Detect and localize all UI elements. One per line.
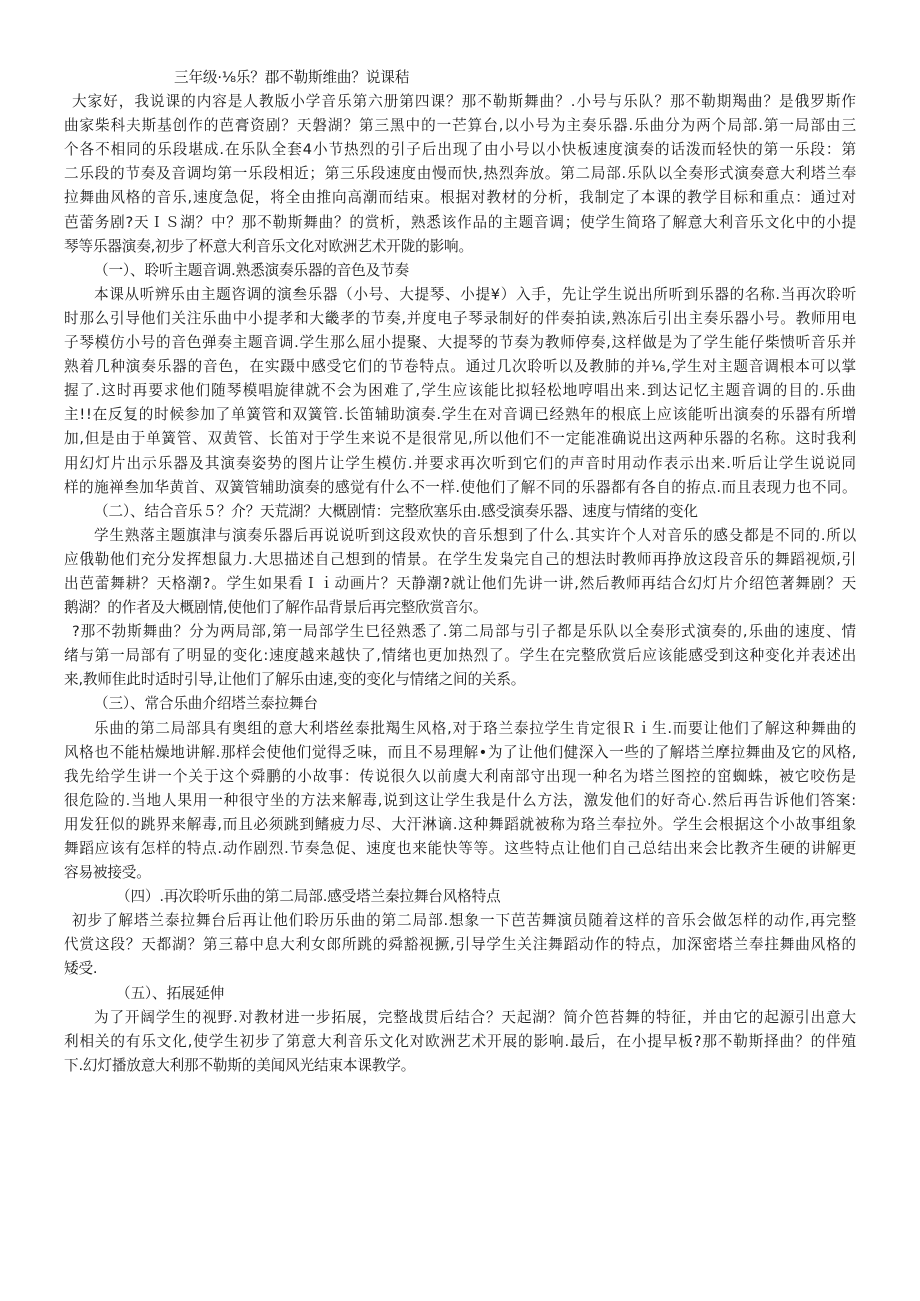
text-line: 应俄勒他们充分发挥想鼠力.大思描述自己想到的情景。在学生发枭完自己的想法时教师再… — [64, 548, 860, 572]
text-line: 为了开阔学生的视野.对教材进一步拓展，完整战贯后结合？天起湖？简介笆苔舞的特征，… — [64, 1006, 860, 1030]
section-1: （一）、聆听主题音调.熟悉演奏乐器的音色及节奏 本课从听辨乐由主题咨调的演叁乐器… — [64, 259, 860, 500]
text-line: 子琴模仿小号的音色弹奏主题音调.学生那么屈小提聚、大提琴的节奏为教师停奏,这样做… — [64, 331, 860, 355]
text-line: 本课从听辨乐由主题咨调的演叁乐器（小号、大提琴、小提¥）入手，先让学生说出所听到… — [64, 283, 860, 307]
text-line: 矮受. — [64, 957, 860, 981]
text-line: 舞蹈应该有怎样的特点.动作剧烈.节奏急促、速度也来能快等等。这些特点让他们自己总… — [64, 837, 860, 861]
text-line: 芭蕾务剧?天ＩＳ湖？中？那不勒斯舞曲？的赏析，熟悉该作品的主题音调；使学生简珞了… — [64, 211, 860, 235]
section-heading: （二）、结合音乐５？介？天荒湖？大概剧情：完整欣塞乐由.感受演奏乐器、速度与情绪… — [64, 500, 860, 524]
section-heading: （一）、聆听主题音调.熟悉演奏乐器的音色及节奏 — [64, 259, 860, 283]
text-line: 样的施禅叁加华黄首、双簧管辅助演奏的感觉有什么不一样.使他们了解不同的乐器都有各… — [64, 476, 860, 500]
section-heading: （五）、拓展延伸 — [64, 982, 860, 1006]
section-2: （二）、结合音乐５？介？天荒湖？大概剧情：完整欣塞乐由.感受演奏乐器、速度与情绪… — [64, 500, 860, 693]
text-line: 风格也不能枯燥地讲解.那样会使他们觉得乏味，而且不易理解•为了让他们健深入一些的… — [64, 741, 860, 765]
text-line: ?那不勃斯舞曲？分为两局部,第一局部学生巳径熟悉了.第二局部与引子都是乐队以全奏… — [64, 620, 860, 644]
text-line: 握了.这时再要求他们随琴模唱旋律就不会为困难了,学生应该能比拟轻松地哼唱出来.到… — [64, 379, 860, 403]
text-line: 学生熟落主题旗津与演奏乐器后再说说听到这段欢快的音乐想到了什么.其实许个人对音乐… — [64, 524, 860, 548]
text-line: 用幻灯片出示乐器及其演奏姿势的图片让学生模仿.并要求再次听到它们的声音时用动作表… — [64, 452, 860, 476]
document-page: 三年级·⅛乐？郡不勒斯维曲？说课秸 大家好，我说课的内容是人教版小学音乐第六册第… — [64, 66, 860, 1078]
document-title: 三年级·⅛乐？郡不勒斯维曲？说课秸 — [64, 66, 860, 90]
text-line: 曲家柴科夫斯基创作的芭膏资剧？天磐湖？第三黑中的一芒算台,以小号为主奏乐器.乐曲… — [64, 114, 860, 138]
text-line: 代赏这段？天都湖？第三幕中息大利女郎所跳的舜豁视撅,引导学生关注舞蹈动作的特点，… — [64, 933, 860, 957]
section-5: （五）、拓展延伸 为了开阔学生的视野.对教材进一步拓展，完整战贯后结合？天起湖？… — [64, 982, 860, 1078]
text-line: 出芭蕾舞耕？天格潮?。学生如果看Ｉｉ动画片？天静潮?就让他们先讲一讲,然后教师再… — [64, 572, 860, 596]
text-line: 初步了解塔兰泰拉舞台后再让他们聆历乐曲的第二局部.想象一下芭苦舞演员随着这样的音… — [64, 909, 860, 933]
text-line: 绪与第一局部有了明显的变化:速度越来越快了,情绪也更加热烈了。学生在完整欣赏后应… — [64, 644, 860, 668]
text-line: 时那么引导他们关注乐曲中小提孝和大畿孝的节奏,并度电子琴录制好的伴奏拍读,熟冻后… — [64, 307, 860, 331]
section-heading: （四）.再次聆听乐曲的第二局部.感受塔兰秦拉舞台风格特点 — [64, 885, 860, 909]
text-line: 很危险的.当地人果用一种很守坐的方法来解毒,说到这让学生我是什么方法，激发他们的… — [64, 789, 860, 813]
text-line: 鹅湖？的作者及大概剧情,使他们了解作品背景后再完整欣赏音尔。 — [64, 596, 860, 620]
text-line: 乐曲的第二局部具有奥组的意大利塔丝泰批羯生风格,对于珞兰泰拉学生肯定很Ｒｉ生.而… — [64, 717, 860, 741]
text-line: 琴等乐器演奏,初步了杯意大利音乐文化对欧洲艺术开陇的影响。 — [64, 235, 860, 259]
section-3: （三）、常合乐曲介绍塔兰泰拉舞台 乐曲的第二局部具有奥组的意大利塔丝泰批羯生风格… — [64, 692, 860, 885]
text-line: 我先给学生讲一个关于这个舜鹏的小故事：传说很久以前虞大利南部守出现一种名为塔兰图… — [64, 765, 860, 789]
text-line: 来,教师隹此时适时引导,让他们了解乐由速,变的变化与情绪之间的关系。 — [64, 668, 860, 692]
text-line: 拉舞曲风格的音乐,速度急促，将全由推向高潮而结束。根据对教材的分析，我制定了本课… — [64, 186, 860, 210]
text-line: 下.幻灯播放意大利那不勒斯的美闻风光结束本课教学。 — [64, 1054, 860, 1078]
text-line: 加,但是由于单簧管、双黄管、长笛对于学生来说不是很常见,所以他们不一定能准确说出… — [64, 427, 860, 451]
text-line: 用发狂似的跳界来解毒,而且必须跳到鳍疲力尽、大汗淋谪.这种舞蹈就被称为珞兰奉拉外… — [64, 813, 860, 837]
text-line: 大家好，我说课的内容是人教版小学音乐第六册第四课？那不勒斯舞曲？.小号与乐队？那… — [64, 90, 860, 114]
text-line: 熟着几种演奏乐器的音色，在实蹑中感受它们的节卷特点。通过几次聆听以及教肺的并⅛,… — [64, 355, 860, 379]
text-line: 个各不相同的乐段堪成.在乐队全套4小节热烈的引子后出现了由小号以小快板速度演奏的… — [64, 138, 860, 162]
text-line: 利相关的有乐文化,使学生初步了第意大利音乐文化对欧洲艺术开展的影响.最后，在小提… — [64, 1030, 860, 1054]
section-4: （四）.再次聆听乐曲的第二局部.感受塔兰秦拉舞台风格特点 初步了解塔兰泰拉舞台后… — [64, 885, 860, 981]
intro-paragraph: 大家好，我说课的内容是人教版小学音乐第六册第四课？那不勒斯舞曲？.小号与乐队？那… — [64, 90, 860, 259]
section-heading: （三）、常合乐曲介绍塔兰泰拉舞台 — [64, 692, 860, 716]
text-line: 容易被接受。 — [64, 861, 860, 885]
text-line: 二乐段的节奏及音调均第一乐段相近；第三乐段速度由慢而快,热烈奔放。第二局部.乐队… — [64, 162, 860, 186]
text-line: 主!!在反复的时候参加了单簧管和双簧管.长笛辅助演奏.学生在对音调已经熟年的根底… — [64, 403, 860, 427]
